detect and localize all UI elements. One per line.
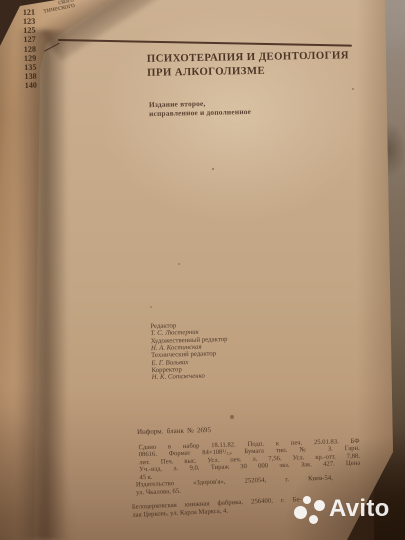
credits-block: Редактор Т. С. Люстерник Художественный …	[150, 321, 228, 382]
avito-logo-dot	[314, 500, 325, 511]
edition-note: Издание второе, исправленное и дополненн…	[149, 99, 251, 119]
avito-logo-dot	[309, 515, 318, 524]
printing-factory-block: Белоцерковская книжная фабрика, 256400, …	[132, 496, 303, 519]
avito-logo-icon	[294, 496, 328, 528]
page-number: 140	[13, 81, 37, 91]
avito-logo-dot	[294, 506, 307, 519]
right-page: ПСИХОТЕРАПИЯ И ДЕОНТОЛОГИЯ ПРИ АЛКОГОЛИЗ…	[0, 0, 405, 540]
edition-note-line: исправленное и дополненное	[149, 108, 251, 119]
avito-watermark: Avito	[294, 490, 404, 536]
avito-logo-text: Avito	[329, 495, 390, 523]
inform-blank-line: Информ. бланк № 2695	[137, 426, 211, 436]
paper-specks	[212, 168, 214, 170]
credit-name: Н. К. Сопижченко	[152, 372, 229, 381]
page-number: 127	[12, 35, 36, 45]
toc-page-number-column: 121 123 125 127 128 129 135 138 140	[11, 8, 37, 91]
avito-logo-dot	[303, 496, 311, 504]
page-number: 128	[12, 44, 36, 54]
horizontal-rule	[58, 39, 352, 46]
book-page-photo: ского тического 121 123 125 127 128 129 …	[0, 0, 405, 540]
book-title: ПСИХОТЕРАПИЯ И ДЕОНТОЛОГИЯ ПРИ АЛКОГОЛИЗ…	[147, 49, 357, 80]
toc-text-fragment: тического	[42, 0, 75, 15]
